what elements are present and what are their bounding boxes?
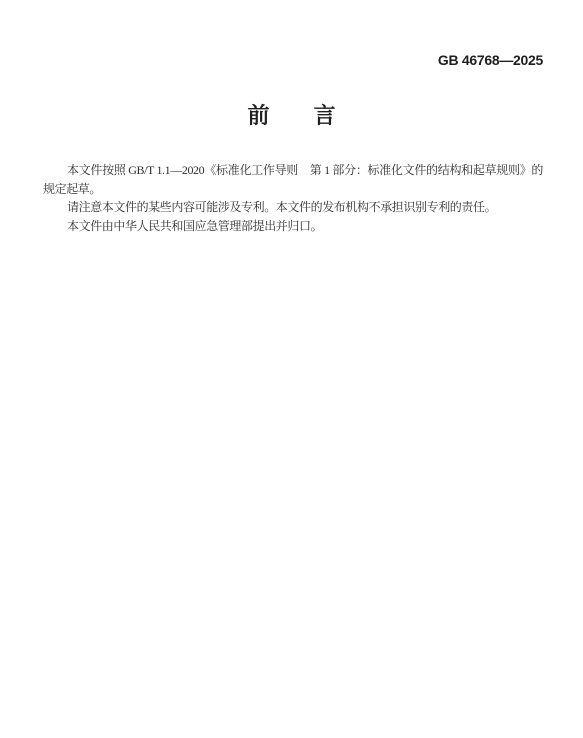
document-page: GB 46768—2025 前 言 本文件按照 GB/T 1.1—2020《标准… [0,0,583,738]
foreword-paragraph-patent-notice: 请注意本文件的某些内容可能涉及专利。本文件的发布机构不承担识别专利的责任。 [43,198,543,217]
foreword-paragraph-issuing-body: 本文件由中华人民共和国应急管理部提出并归口。 [43,217,543,236]
foreword-heading: 前 言 [0,103,583,129]
foreword-body: 本文件按照 GB/T 1.1—2020《标准化工作导则 第 1 部分：标准化文件… [43,161,543,235]
foreword-paragraph-drafting-rule: 本文件按照 GB/T 1.1—2020《标准化工作导则 第 1 部分：标准化文件… [43,161,543,198]
standard-number: GB 46768—2025 [438,52,543,68]
